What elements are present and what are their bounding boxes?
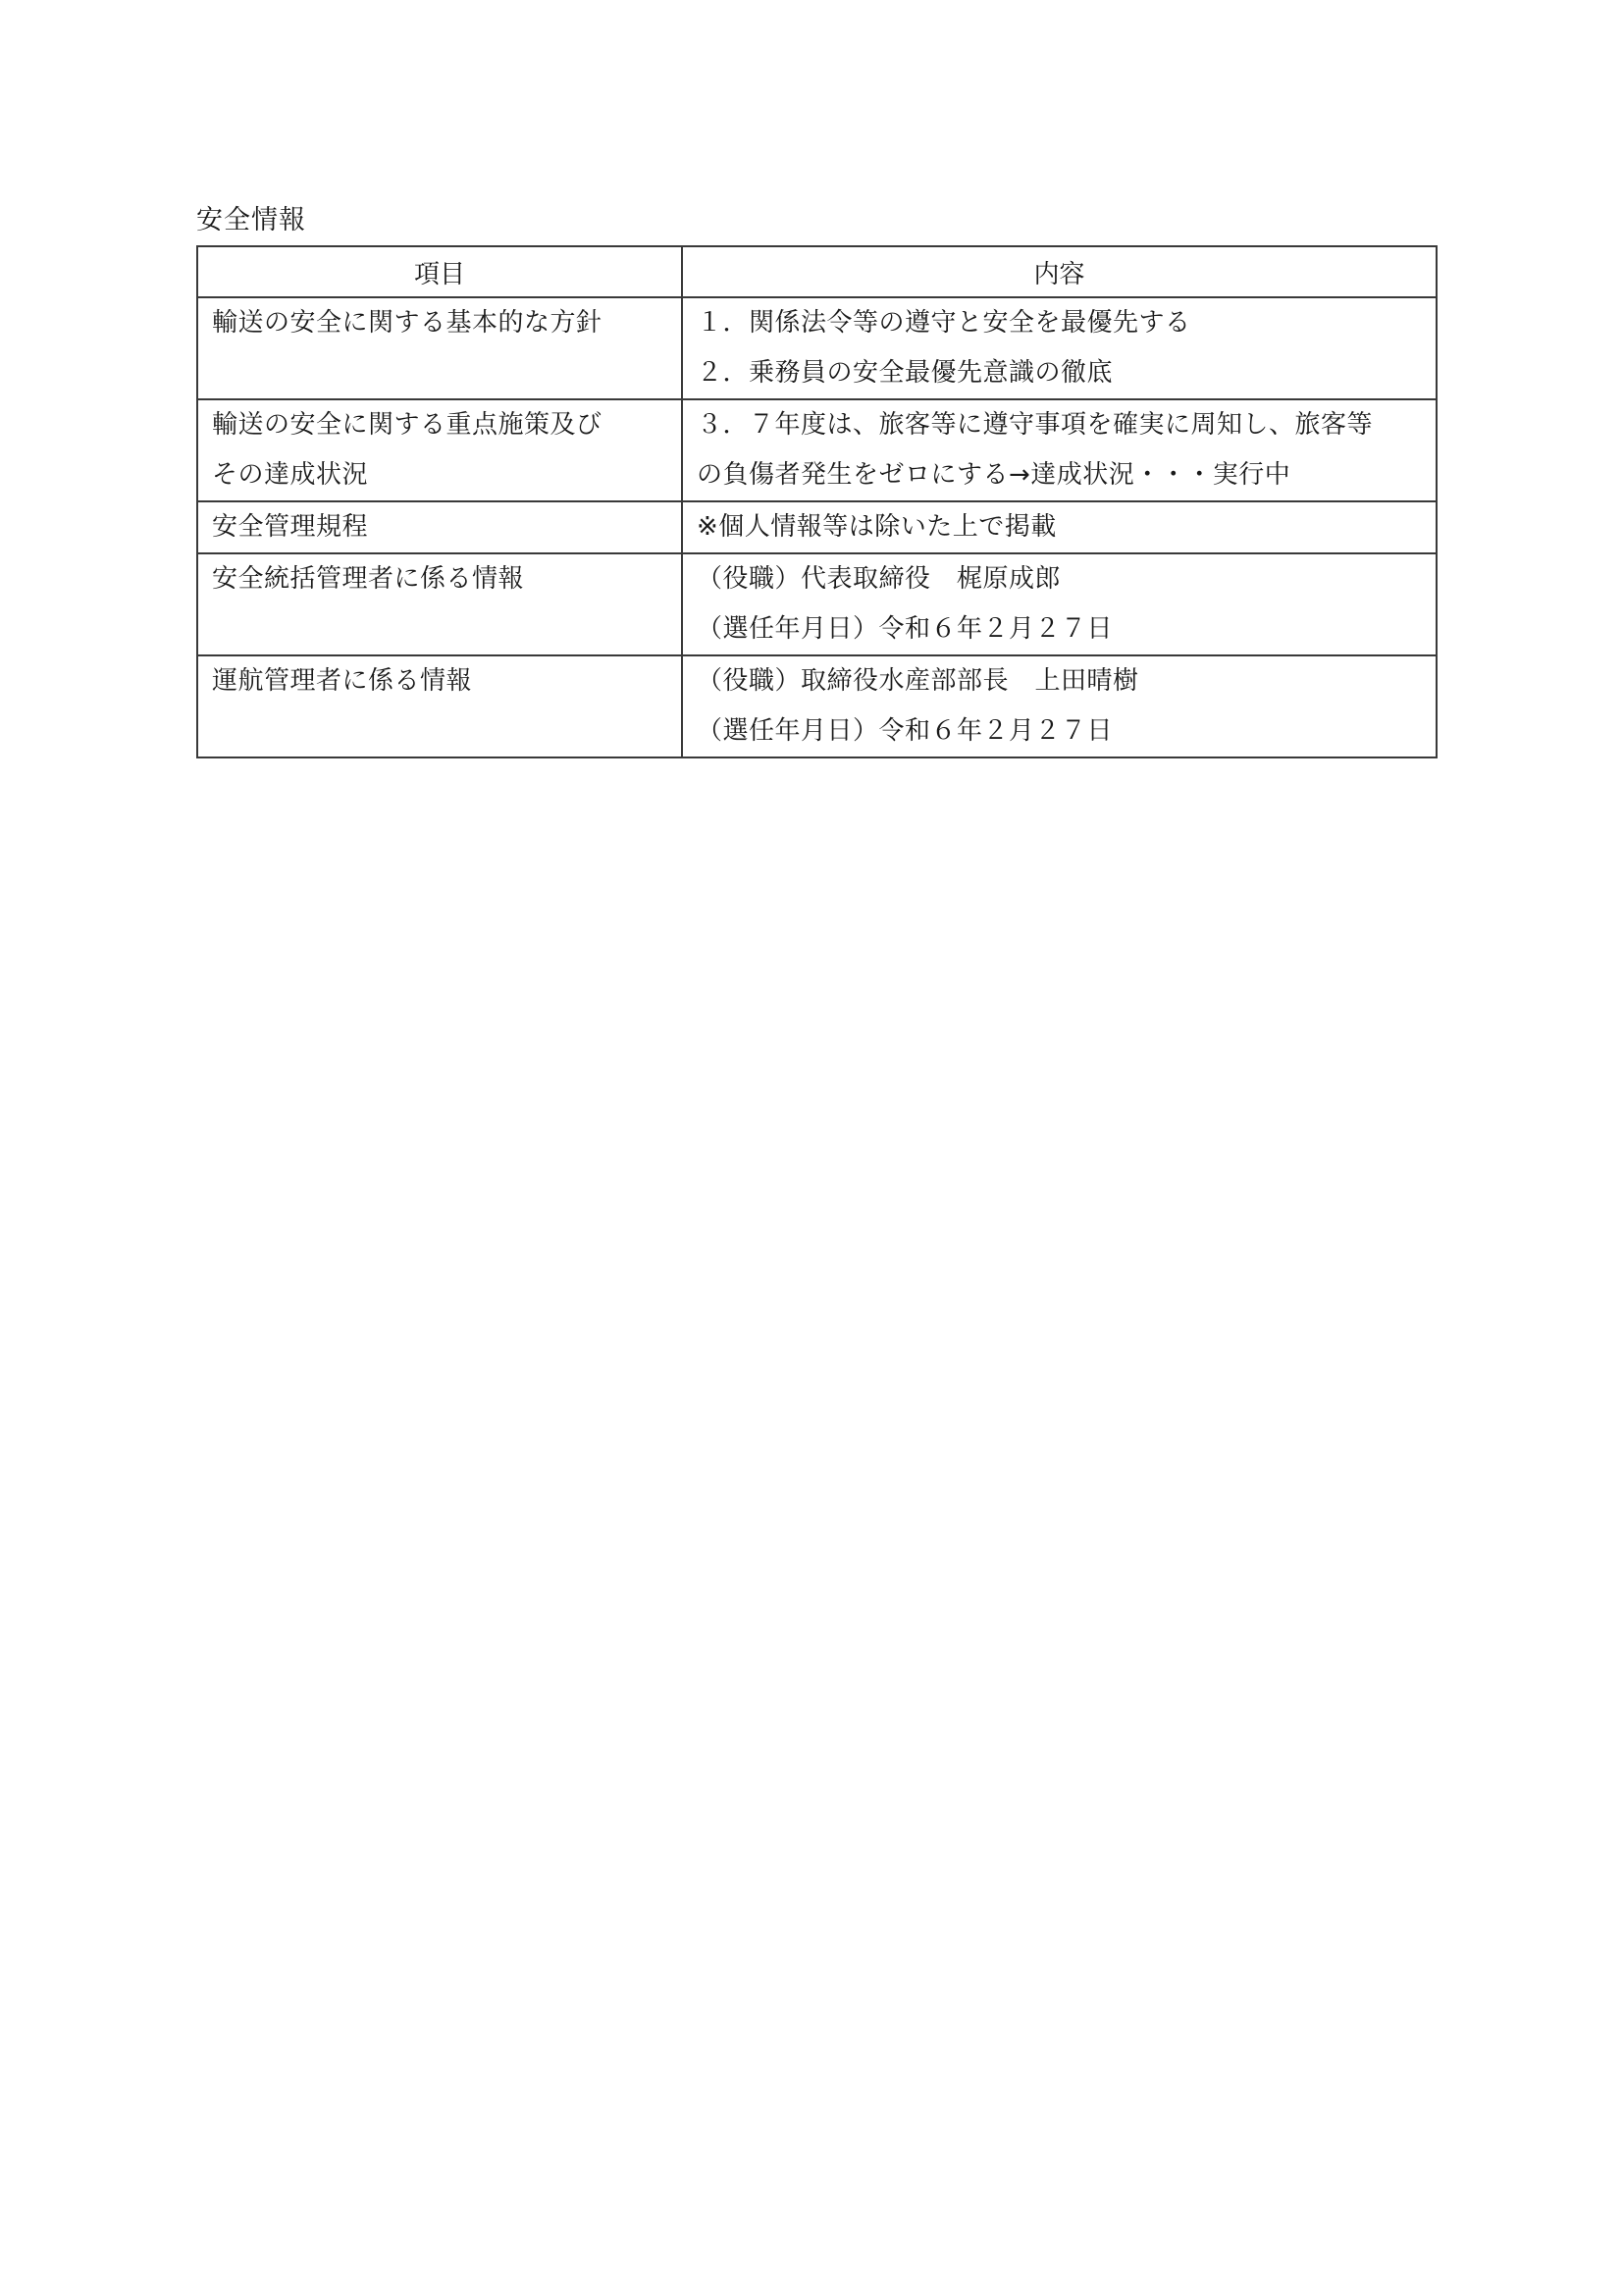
content-text: ※個人情報等は除いた上で掲載 — [697, 502, 1422, 552]
content-text: ３．７年度は、旅客等に遵守事項を確実に周知し、旅客等 — [697, 400, 1422, 450]
content-text: ２．乗務員の安全最優先意識の徹底 — [697, 348, 1422, 398]
safety-info-table: 項目 内容 輸送の安全に関する基本的な方針 １．関係法令等の遵守と安全を最優先す… — [196, 245, 1438, 758]
content-text: の負傷者発生をゼロにする→達成状況・・・実行中 — [697, 450, 1422, 500]
header-content: 内容 — [682, 246, 1437, 297]
table-row: 安全統括管理者に係る情報 （役職）代表取締役 梶原成郎 （選任年月日）令和６年２… — [197, 553, 1437, 655]
content-text: １．関係法令等の遵守と安全を最優先する — [697, 298, 1422, 348]
table-row: 輸送の安全に関する基本的な方針 １．関係法令等の遵守と安全を最優先する ２．乗務… — [197, 297, 1437, 399]
content-cell: （役職）代表取締役 梶原成郎 （選任年月日）令和６年２月２７日 — [682, 553, 1437, 655]
item-text: 輸送の安全に関する基本的な方針 — [212, 298, 667, 348]
table-row: 輸送の安全に関する重点施策及び その達成状況 ３．７年度は、旅客等に遵守事項を確… — [197, 399, 1437, 501]
table-header-row: 項目 内容 — [197, 246, 1437, 297]
page-title: 安全情報 — [196, 203, 306, 238]
item-text: 安全管理規程 — [212, 502, 667, 552]
item-text: その達成状況 — [212, 450, 667, 500]
item-text: 運航管理者に係る情報 — [212, 656, 667, 706]
item-text: 安全統括管理者に係る情報 — [212, 554, 667, 604]
item-cell: 安全管理規程 — [197, 501, 682, 553]
content-cell: ３．７年度は、旅客等に遵守事項を確実に周知し、旅客等 の負傷者発生をゼロにする→… — [682, 399, 1437, 501]
table-row: 運航管理者に係る情報 （役職）取締役水産部部長 上田晴樹 （選任年月日）令和６年… — [197, 655, 1437, 757]
content-cell: （役職）取締役水産部部長 上田晴樹 （選任年月日）令和６年２月２７日 — [682, 655, 1437, 757]
item-text: 輸送の安全に関する重点施策及び — [212, 400, 667, 450]
header-item: 項目 — [197, 246, 682, 297]
content-text: （選任年月日）令和６年２月２７日 — [697, 706, 1422, 757]
content-text: （役職）代表取締役 梶原成郎 — [697, 554, 1422, 604]
content-cell: ※個人情報等は除いた上で掲載 — [682, 501, 1437, 553]
content-cell: １．関係法令等の遵守と安全を最優先する ２．乗務員の安全最優先意識の徹底 — [682, 297, 1437, 399]
item-cell: 運航管理者に係る情報 — [197, 655, 682, 757]
content-text: （選任年月日）令和６年２月２７日 — [697, 604, 1422, 654]
item-cell: 輸送の安全に関する基本的な方針 — [197, 297, 682, 399]
item-cell: 安全統括管理者に係る情報 — [197, 553, 682, 655]
item-cell: 輸送の安全に関する重点施策及び その達成状況 — [197, 399, 682, 501]
content-text: （役職）取締役水産部部長 上田晴樹 — [697, 656, 1422, 706]
table-row: 安全管理規程 ※個人情報等は除いた上で掲載 — [197, 501, 1437, 553]
